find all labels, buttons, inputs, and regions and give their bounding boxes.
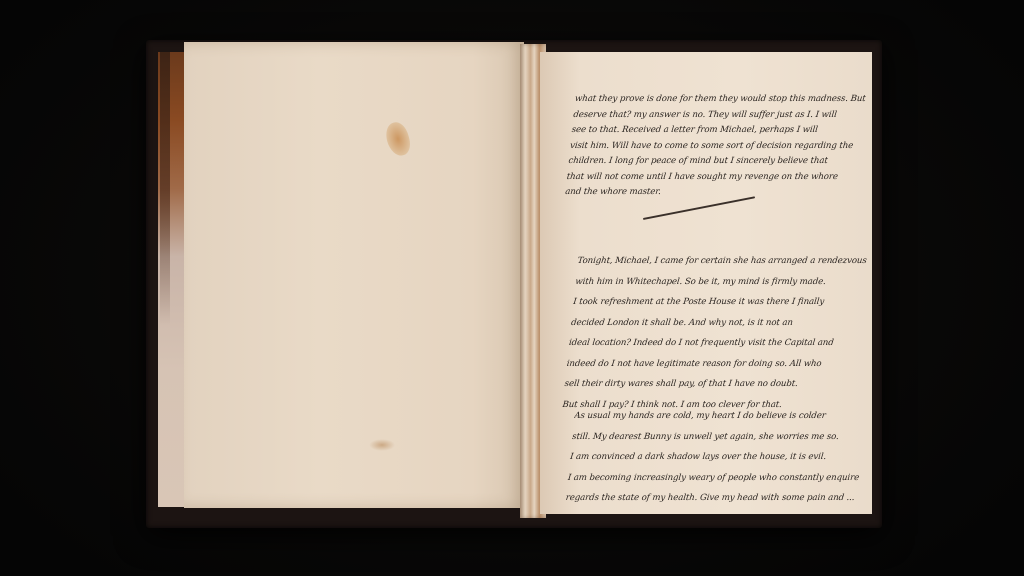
text-line: sell their dirty wares shall pay, of tha… (564, 374, 858, 395)
text-line: and the whore master. (564, 185, 858, 201)
text-line: ideal location? Indeed do I not frequent… (568, 333, 862, 354)
stain-spot (383, 120, 413, 159)
text-line: I am convinced a dark shadow lays over t… (569, 447, 863, 468)
text-line: deserve that? my answer is no. They will… (572, 108, 866, 124)
text-line: what they prove is done for them they wo… (574, 92, 868, 108)
left-page-blank (184, 42, 524, 508)
paragraph-3: As usual my hands are cold, my heart I d… (565, 406, 868, 509)
paragraph-2: Tonight, Michael, I came for certain she… (561, 251, 870, 415)
text-line: see to that. Received a letter from Mich… (571, 123, 865, 139)
stain-spot-small (369, 439, 395, 451)
text-line: indeed do I not have legitimate reason f… (566, 354, 860, 375)
journal-photo: what they prove is done for them they wo… (0, 0, 1024, 576)
text-line: decided London it shall be. And why not,… (570, 313, 864, 334)
text-line: I took refreshment at the Poste House it… (572, 292, 866, 313)
paragraph-1: what they prove is done for them they wo… (564, 92, 867, 201)
text-line: regards the state of my health. Give my … (565, 488, 859, 509)
text-line: Tonight, Michael, I came for certain she… (576, 251, 870, 272)
text-line: I am becoming increasingly weary of peop… (567, 468, 861, 489)
text-line: children. I long for peace of mind but I… (568, 154, 862, 170)
text-line: visit him. Will have to come to some sor… (569, 139, 863, 155)
text-line: that will not come until I have sought m… (566, 170, 860, 186)
text-line: As usual my hands are cold, my heart I d… (573, 406, 867, 427)
text-line: with him in Whitechapel. So be it, my mi… (574, 272, 868, 293)
text-line: still. My dearest Bunny is unwell yet ag… (571, 427, 865, 448)
